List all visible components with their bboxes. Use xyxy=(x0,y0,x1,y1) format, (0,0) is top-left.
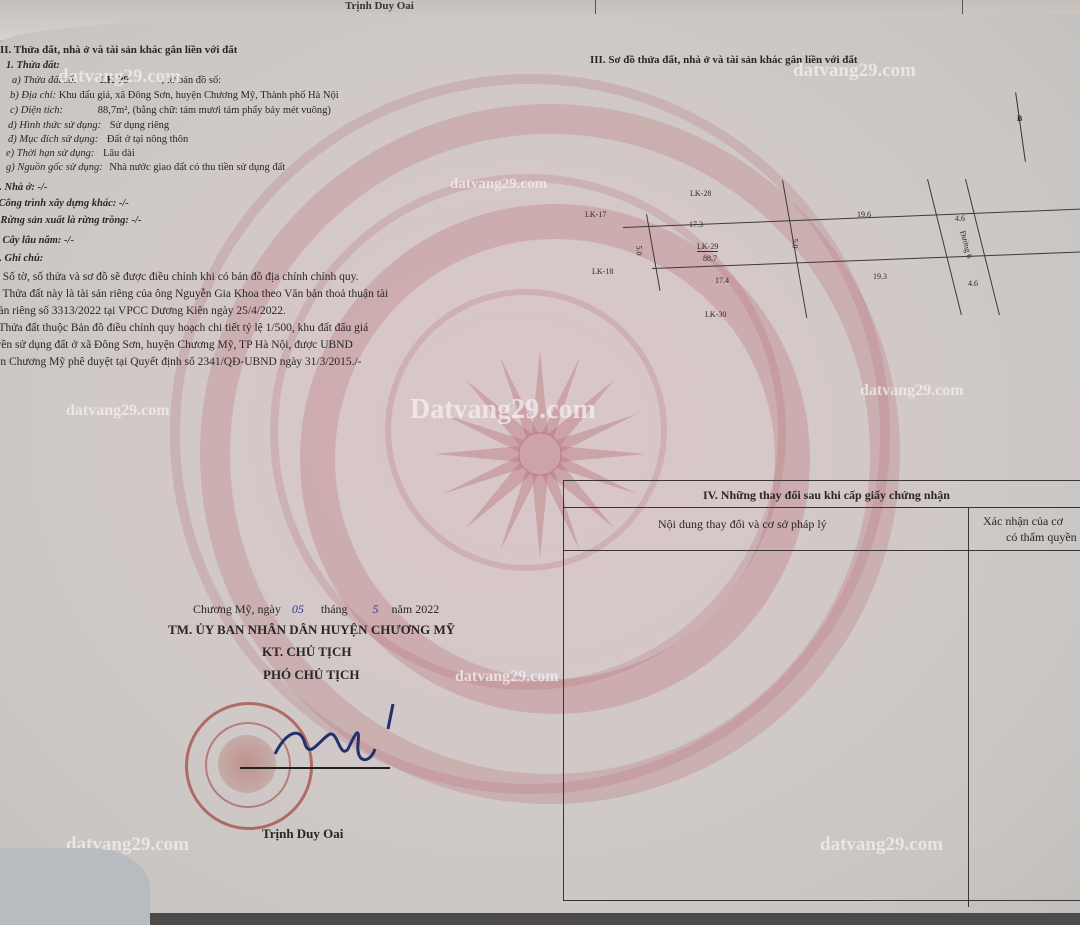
section-4-title: IV. Những thay đổi sau khi cấp giấy chứn… xyxy=(703,488,950,503)
area-row: c) Diện tích: 88,7m², (bằng chữ: tám mươ… xyxy=(10,105,331,116)
road-label: Đường 6 xyxy=(958,230,974,260)
previous-signer-name: Trịnh Duy Oai xyxy=(345,0,414,12)
background-surface xyxy=(0,848,150,925)
column-header-confirmation: Xác nhận của cơ xyxy=(983,514,1063,529)
parcel-lk28: LK-28 xyxy=(690,189,711,198)
signer-kt: KT. CHỦ TỊCH xyxy=(262,644,351,660)
signature-icon xyxy=(230,704,400,784)
notes-label: 6. Ghi chú: xyxy=(0,253,43,264)
signer-role: PHÓ CHỦ TỊCH xyxy=(263,667,360,683)
parcel-lk18: LK-18 xyxy=(592,267,613,276)
note-line: huyện Chương Mỹ phê duyệt tại Quyết định… xyxy=(0,356,361,368)
watermark: datvang29.com xyxy=(58,66,181,88)
watermark: datvang29.com xyxy=(455,668,559,686)
parcel-area: 88.7 xyxy=(703,254,717,263)
perennial-row: 5. Cây lâu năm: -/- xyxy=(0,235,74,246)
month-handwritten: 5 xyxy=(373,602,379,616)
forest-row: 4. Rừng sản xuất là rừng trồng: -/- xyxy=(0,215,141,226)
place-date: Chương Mỹ, ngày 05 tháng 5 năm 2022 xyxy=(193,602,439,617)
note-line: sản riêng số 3313/2022 tại VPCC Dương Ki… xyxy=(0,305,286,317)
watermark: datvang29.com xyxy=(450,176,547,193)
house-row: 2. Nhà ở: -/- xyxy=(0,182,47,193)
land-label: 1. Thửa đất: xyxy=(6,60,60,71)
watermark: datvang29.com xyxy=(66,402,170,420)
other-works-row: 3. Công trình xây dựng khác: -/- xyxy=(0,198,129,209)
watermark: datvang29.com xyxy=(820,834,943,856)
day-handwritten: 05 xyxy=(292,602,304,616)
background-edge xyxy=(150,913,1080,925)
area-value: 88,7m², (bằng chữ: tám mươi tám phẩy bảy… xyxy=(98,105,331,116)
usage-origin-row: g) Nguồn gốc sử dụng: Nhà nước giao đất … xyxy=(6,162,285,173)
note-line: quyền sử dụng đất ở xã Đông Sơn, huyện C… xyxy=(0,339,353,351)
certificate-page: II. Thửa đất, nhà ở và tài sản khác gắn … xyxy=(0,14,1080,919)
parcel-lk29: LK-29 xyxy=(697,242,718,252)
signer-name: Trịnh Duy Oai xyxy=(262,826,343,842)
parcel-lk17: LK-17 xyxy=(585,210,606,219)
note-line: - Thửa đất này là tài sản riêng của ông … xyxy=(0,288,388,300)
watermark: datvang29.com xyxy=(793,60,916,82)
usage-form-row: d) Hình thức sử dụng: Sử dụng riêng xyxy=(8,120,169,131)
parcel-lk30: LK-30 xyxy=(705,310,726,319)
watermark-large: Datvang29.com xyxy=(410,394,596,426)
watermark: datvang29.com xyxy=(860,382,964,400)
column-header-changes: Nội dung thay đổi và cơ sở pháp lý xyxy=(658,517,827,532)
note-line: - Thửa đất thuộc Bản đồ điều chỉnh quy h… xyxy=(0,322,368,334)
address-row: b) Địa chỉ: Khu đấu giá, xã Đông Sơn, hu… xyxy=(10,90,339,101)
issuing-organization: TM. ỦY BAN NHÂN DÂN HUYỆN CHƯƠNG MỸ xyxy=(168,622,455,638)
usage-term-row: e) Thời hạn sử dụng: Lâu dài xyxy=(6,148,135,159)
section-2-title: II. Thửa đất, nhà ở và tài sản khác gắn … xyxy=(0,44,237,56)
usage-purpose-row: đ) Mục đích sử dụng: Đất ở tại nông thôn xyxy=(8,134,188,145)
note-line: - Số tờ, số thửa và sơ đồ sẽ được điều c… xyxy=(0,271,358,283)
address-value: Khu đấu giá, xã Đông Sơn, huyện Chương M… xyxy=(59,90,339,101)
north-arrow-icon xyxy=(1015,92,1026,161)
